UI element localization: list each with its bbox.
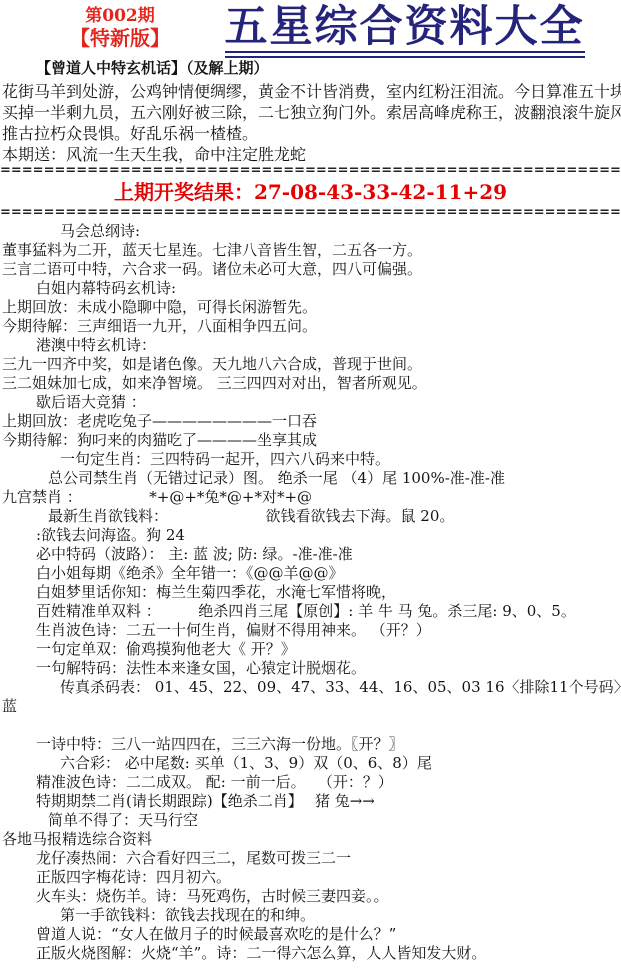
issue-number: 第002期 [70,7,170,27]
lottery-info-sheet: 第002期 【特新版】 五星综合资料大全 【曾道人中特玄机话】（及解上期） 花街… [0,0,621,974]
text-line [0,716,621,735]
text-line: 火车头：烧伤羊。诗：马死鸡伤，古时候三妻四妾。。 [0,887,621,906]
subtitle: 【曾道人中特玄机话】（及解上期） [0,59,621,78]
issue-badge: 第002期 【特新版】 [70,7,170,50]
text-line: 曾道人说：“女人在做月子的时候最喜欢吃的是什么？” [0,925,621,944]
text-line: 今期待解：三声细语一九开，八面相争四五问。 [0,317,621,336]
page-title: 五星综合资料大全 [225,5,585,58]
text-line: :欲钱去问海盗。狗 24 [0,526,621,545]
divider-line: ========================================… [0,207,621,219]
text-line: 港澳中特玄机诗： [0,336,621,355]
text-line: 三二姐妹加七成，如来净智境。 三三四四对对出，智者所观见。 [0,374,621,393]
last-result-label: 上期开奖结果： [114,180,254,204]
header: 第002期 【特新版】 五星综合资料大全 [0,0,621,58]
text-line: 各地马报精选综合资料 [0,830,621,849]
text-line: 蓝 [0,697,621,716]
text-line: 特期期禁二肖(请长期跟踪)【绝杀二肖】 猪 兔→→ [0,792,621,811]
text-line: 一句定单双：偷鸡摸狗他老大《 开？》 [0,640,621,659]
poem-line: 本期送：风流一生天生我，命中注定胜龙蛇 [0,144,621,165]
edition-label: 【特新版】 [70,27,170,50]
intro-poem: 花街马羊到处游，公鸡钟情便绸缪，黄金不计皆消费，室内红粉汪泪流。今日算准五十块，… [0,81,621,165]
divider-line: ========================================… [0,165,621,177]
text-line: 白小姐每期《绝杀》全年错一：《@@羊@@》 [0,564,621,583]
text-line: 三言二语可中特，六合求一码。诸位未必可大意，四八可偏强。 [0,260,621,279]
text-line: 正版火烧图解：火烧“羊”。诗：二一得六怎么算，人人皆知发大财。 [0,944,621,963]
text-line: 百姓精准单双料 ： 绝杀四肖三尾【原创】: 羊 牛 马 兔。杀三尾: 9、0、5… [0,602,621,621]
text-line: 马会总纲诗: [0,222,621,241]
text-line: 上期回放：未成小隐聊中隐，可得长闲游暂先。 [0,298,621,317]
text-line: 总公司禁生肖（无错过记录）图。 绝杀一尾 （4）尾 100%-准-准-准 [0,469,621,488]
text-line: 必中特码（波路）： 主: 蓝 波; 防: 绿。-准-准-准 [0,545,621,564]
text-line: 白姐梦里话你知：梅兰生菊四季花，水淹七军惜将晚， [0,583,621,602]
last-result-line: 上期开奖结果：27-08-43-33-42-11+29 [0,177,621,207]
text-line: 正版四字梅花诗：四月初六。 [0,868,621,887]
text-line: 九宫禁肖 ： *+@+*兔*@+*对*+@ [0,488,621,507]
content-lines: 马会总纲诗:董事猛料为二开，蓝天七星连。七津八音皆生智，二五各一方。三言二语可中… [0,222,621,963]
poem-line: 推古拉朽众畏惧。好乱乐祸一楂楂。 [0,123,621,144]
poem-line: 花街马羊到处游，公鸡钟情便绸缪，黄金不计皆消费，室内红粉汪泪流。今日算准五十块， [0,81,621,102]
text-line: 最新生肖欲钱料： 欲钱看欲钱去下海。鼠 20。 [0,507,621,526]
text-line: 上期回放：老虎吃兔子————————一口吞 [0,412,621,431]
text-line: 一句定生肖：三四特码一起开，四六八码来中特。 [0,450,621,469]
text-line: 精准波色诗：二二成双。 配: 一前一后。 （开：？） [0,773,621,792]
text-line: 一句解特码：法性本来逢女国，心猿定计脱烟花。 [0,659,621,678]
text-line: 传真杀码表： 01、45、22、09、47、33、44、16、05、03 16〈… [0,678,621,697]
text-line: 歇后语大竞猜 ： [0,393,621,412]
text-line: 简单不得了：天马行空 [0,811,621,830]
text-line: 生肖波色诗：二五一十何生肖，偏财不得用神来。 （开？） [0,621,621,640]
text-line: 六合彩： 必中尾数: 买单（1、3、9）双（0、6、8）尾 [0,754,621,773]
text-line: 董事猛料为二开，蓝天七星连。七津八音皆生智，二五各一方。 [0,241,621,260]
last-result-numbers: 27-08-43-33-42-11+29 [254,180,507,204]
text-line: 今期待解：狗叼来的肉猫吃了————坐享其成 [0,431,621,450]
text-line: 龙仔凑热闹：六合看好四三二，尾数可拨三二一 [0,849,621,868]
text-line: 三九一四齐中奖，如是诸色像。天九地八六合成，普现于世间。 [0,355,621,374]
text-line: 第一手欲钱料：欲钱去找现在的和绅。 [0,906,621,925]
title-wrap: 五星综合资料大全 [198,5,611,58]
text-line: 白姐内幕特码玄机诗: [0,279,621,298]
poem-line: 买掉一半剩九员，五六刚好被三除，二七独立狗门外。索居高峰虎称王，波翻浪滚牛旋风。 [0,102,621,123]
text-line: 一诗中特：三八一站四四在，三三六海一份地。〖开？〗 [0,735,621,754]
